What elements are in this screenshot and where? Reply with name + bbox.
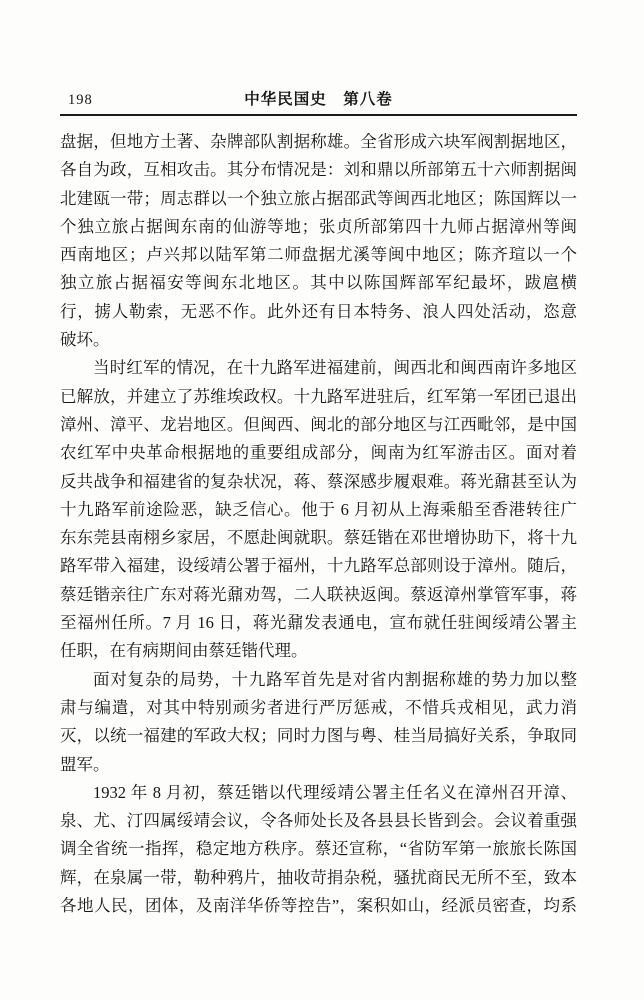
text-line: 至福州任所。7 月 16 日，蒋光鼐发表通电，宣布就任驻闽绥靖公署主 [60,609,577,637]
text-line: 西南地区；卢兴邦以陆军第二师盘据尤溪等闽中地区；陈齐瑄以一个 [60,241,577,269]
text-line: 已解放，并建立了苏维埃政权。十九路军进驻后，红军第一军团已退出 [60,383,577,411]
text-line: 辉，在泉属一带，勒种鸦片，抽收苛捐杂税，骚扰商民无所不至，致本省 [60,864,577,892]
text-line: 各自为政，互相攻击。其分布情况是：刘和鼎以所部第五十六师割据闽 [60,156,577,184]
paragraph: 1932 年 8 月初，蔡廷锴以代理绥靖公署主任名义在漳州召开漳、泉、尤、汀四属… [60,779,577,920]
text-line: 行，掳人勒索，无恶不作。此外还有日本特务、浪人四处活动，恣意 [60,298,577,326]
text-line: 东东莞县南栩乡家居，不愿赴闽就职。蔡廷锴在邓世增协助下，将十九 [60,524,577,552]
text-line: 农红军中央革命根据地的重要组成部分，闽南为红军游击区。面对着 [60,439,577,467]
text-line: 个独立旅占据闽东南的仙游等地；张贞所部第四十九师占据漳州等闽 [60,213,577,241]
book-page: 198 中华民国史 第八卷 盘据，但地方土著、杂牌部队割据称雄。全省形成六块军阀… [0,0,644,1000]
text-line: 十九路军前途险恶，缺乏信心。他于 6 月初从上海乘船至香港转往广 [60,496,577,524]
paragraph: 当时红军的情况，在十九路军进福建前，闽西北和闽西南许多地区已解放，并建立了苏维埃… [60,354,577,665]
running-title: 中华民国史 第八卷 [60,87,577,109]
text-line: 反共战争和福建省的复杂状况，蒋、蔡深感步履艰难。蒋光鼐甚至认为 [60,468,577,496]
text-line: 路军带入福建，设绥靖公署于福州，十九路军总部则设于漳州。随后， [60,552,577,580]
text-line: 任职，在有病期间由蔡廷锴代理。 [60,637,577,665]
paragraph: 面对复杂的局势，十九路军首先是对省内割据称雄的势力加以整肃与编遣，对其中特别顽劣… [60,666,577,779]
text-line: 肃与编遣，对其中特别顽劣者进行严厉惩戒，不惜兵戎相见，武力消 [60,694,577,722]
text-line: 盘据，但地方土著、杂牌部队割据称雄。全省形成六块军阀割据地区， [60,128,577,156]
text-line: 破坏。 [60,326,577,354]
text-line: 面对复杂的局势，十九路军首先是对省内割据称雄的势力加以整 [60,666,577,694]
text-line: 1932 年 8 月初，蔡廷锴以代理绥靖公署主任名义在漳州召开漳、 [60,779,577,807]
text-line: 调全省统一指挥，稳定地方秩序。蔡还宣称，“省防军第一旅旅长陈国 [60,835,577,863]
body-text: 盘据，但地方土著、杂牌部队割据称雄。全省形成六块军阀割据地区，各自为政，互相攻击… [60,116,577,920]
text-line: 泉、尤、汀四属绥靖会议，令各师处长及各县县长皆到会。会议着重强 [60,807,577,835]
paragraph: 盘据，但地方土著、杂牌部队割据称雄。全省形成六块军阀割据地区，各自为政，互相攻击… [60,128,577,354]
text-line: 北建瓯一带；周志群以一个独立旅占据邵武等闽西北地区；陈国辉以一 [60,185,577,213]
text-line: 漳州、漳平、龙岩地区。但闽西、闽北的部分地区与江西毗邻，是中国工 [60,411,577,439]
text-line: 蔡廷锴亲往广东对蒋光鼐劝驾，二人联袂返闽。蔡返漳州掌管军事，蒋 [60,581,577,609]
text-line: 灭，以统一福建的军政大权；同时力图与粤、桂当局搞好关系，争取同 [60,722,577,750]
text-line: 独立旅占据福安等闽东北地区。其中以陈国辉部军纪最坏，跋扈横 [60,269,577,297]
text-line: 各地人民，团体，及南洋华侨等控告”，案积如山，经派员密查，均系事 [60,892,577,920]
page-header: 198 中华民国史 第八卷 [60,0,577,116]
text-line: 当时红军的情况，在十九路军进福建前，闽西北和闽西南许多地区 [60,354,577,382]
text-line: 盟军。 [60,751,577,779]
